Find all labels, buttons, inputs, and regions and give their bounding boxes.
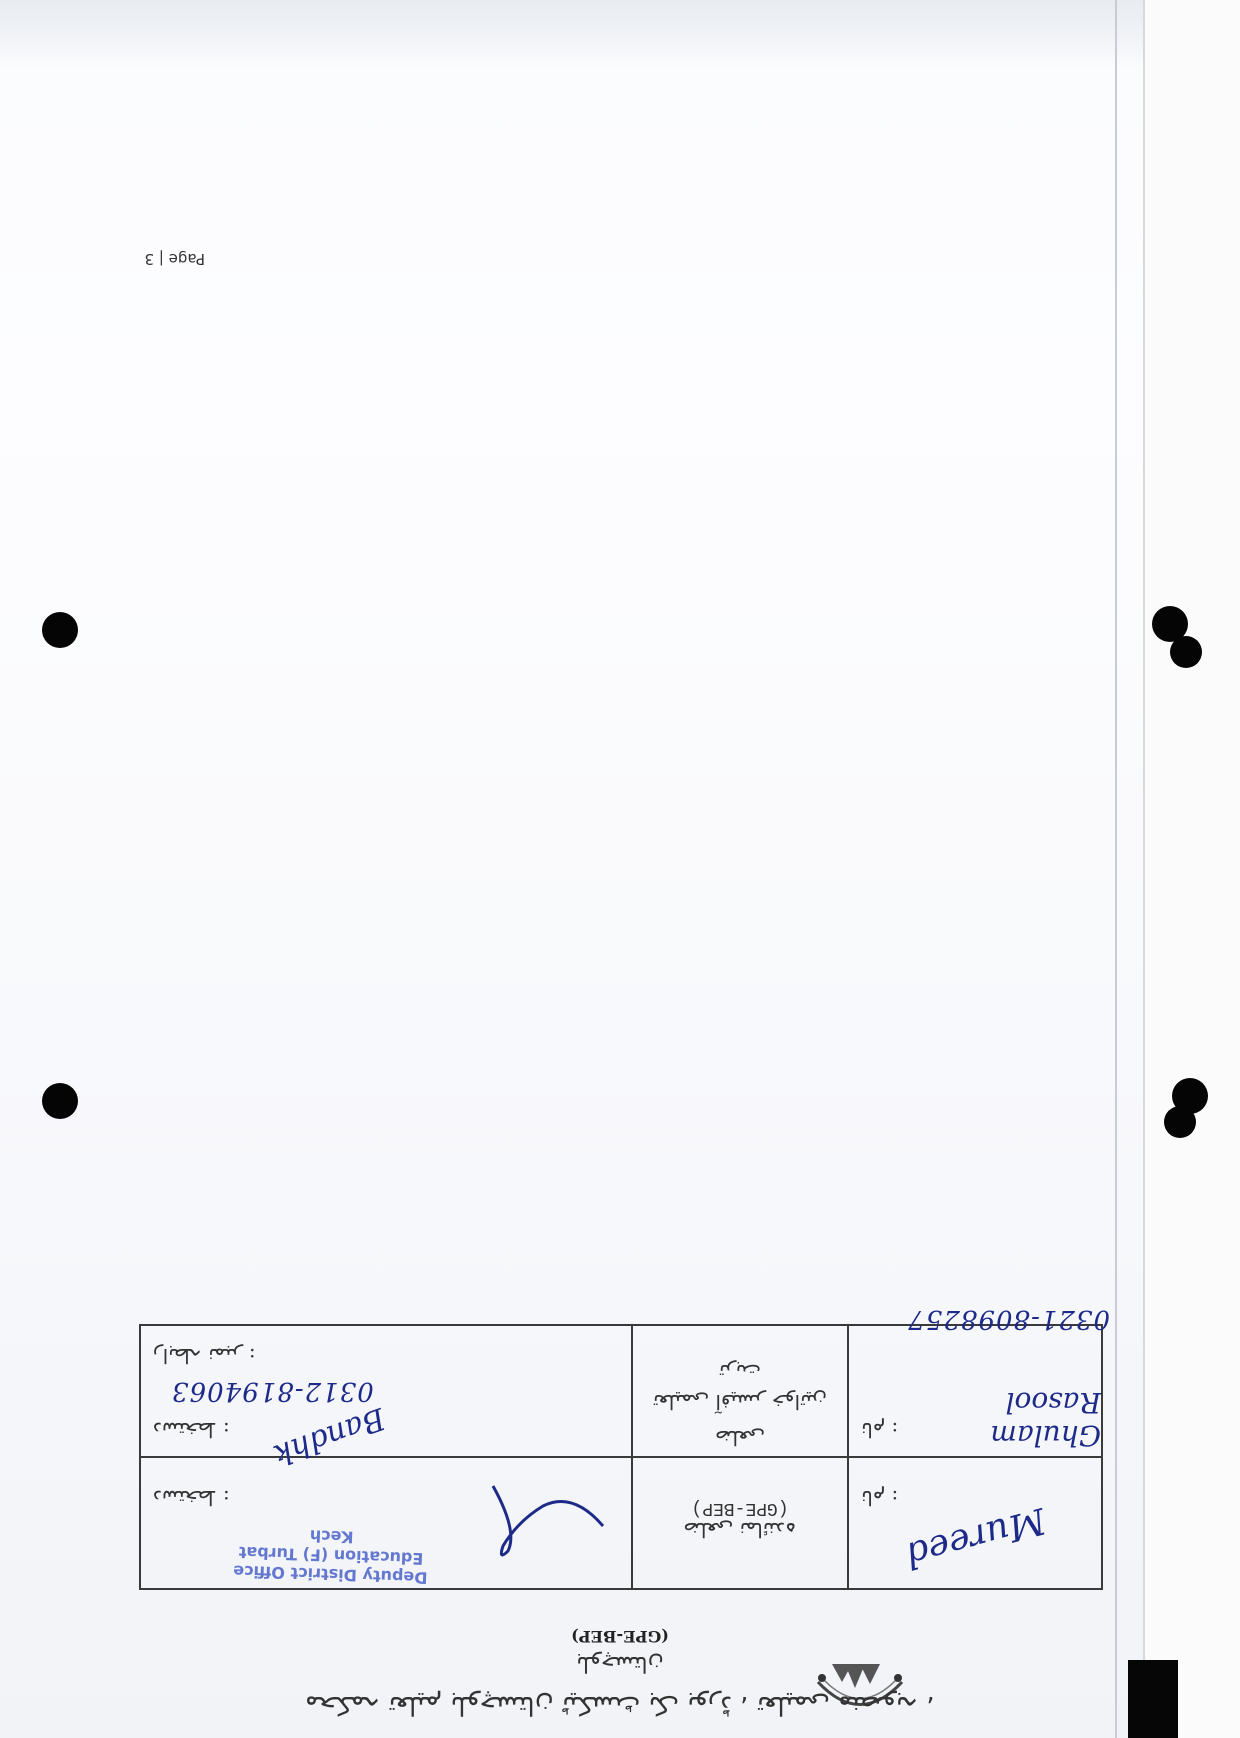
name-label: نام : — [861, 1486, 1089, 1510]
designation-line: ضلعی — [645, 1426, 835, 1450]
header-subtitle: بلوچستان — [460, 1651, 780, 1676]
table-row: دستخط : Bandhk 0312-8194063 رابطہ نمبر :… — [140, 1325, 1102, 1457]
signature-cell: دستخط : Deputy District Office Education… — [140, 1457, 632, 1589]
scanned-page: محکمہ تعلیم بلوچستان ٹیکسٹ بک بورڈ ، تعل… — [0, 0, 1240, 1738]
office-stamp: Deputy District Office Education (F) Tur… — [180, 1522, 482, 1589]
page-number: Page | 3 — [145, 250, 205, 268]
name-cell: نام : Mureed — [848, 1457, 1102, 1589]
designation-cell: ضلعی تعلیمی آفیسر خواتین تربت — [632, 1325, 848, 1457]
rotated-content: محکمہ تعلیم بلوچستان ٹیکسٹ بک بورڈ ، تعل… — [0, 0, 1240, 1738]
designation-code: (GPE-BEP) — [645, 1498, 835, 1518]
signature-cell: دستخط : Bandhk 0312-8194063 رابطہ نمبر : — [140, 1325, 632, 1457]
name-cell: نام : Ghulam Rasool — [848, 1325, 1102, 1457]
table-row: دستخط : Deputy District Office Education… — [140, 1457, 1102, 1589]
handwritten-phone: 0321-8098257 — [907, 1304, 1110, 1334]
designation-line: ضلعی نمائندہ — [645, 1518, 835, 1542]
designation-line: تربت — [645, 1360, 835, 1384]
contact-label: رابطہ نمبر : — [153, 1344, 256, 1368]
handwritten-phone: 0312-8194063 — [171, 1376, 374, 1406]
header-title: محکمہ تعلیم بلوچستان ٹیکسٹ بک بورڈ ، تعل… — [100, 1690, 1140, 1720]
designation-line: تعلیمی آفیسر خواتین — [645, 1390, 835, 1414]
header-code: (GPE-BEP) — [460, 1627, 780, 1646]
handwritten-signature — [463, 1471, 613, 1566]
handwritten-name: Mureed — [901, 1499, 1050, 1576]
signature-table: دستخط : Deputy District Office Education… — [139, 1324, 1103, 1590]
handwritten-name: Ghulam Rasool — [919, 1386, 1101, 1452]
designation-cell: ضلعی نمائندہ (GPE-BEP) — [632, 1457, 848, 1589]
